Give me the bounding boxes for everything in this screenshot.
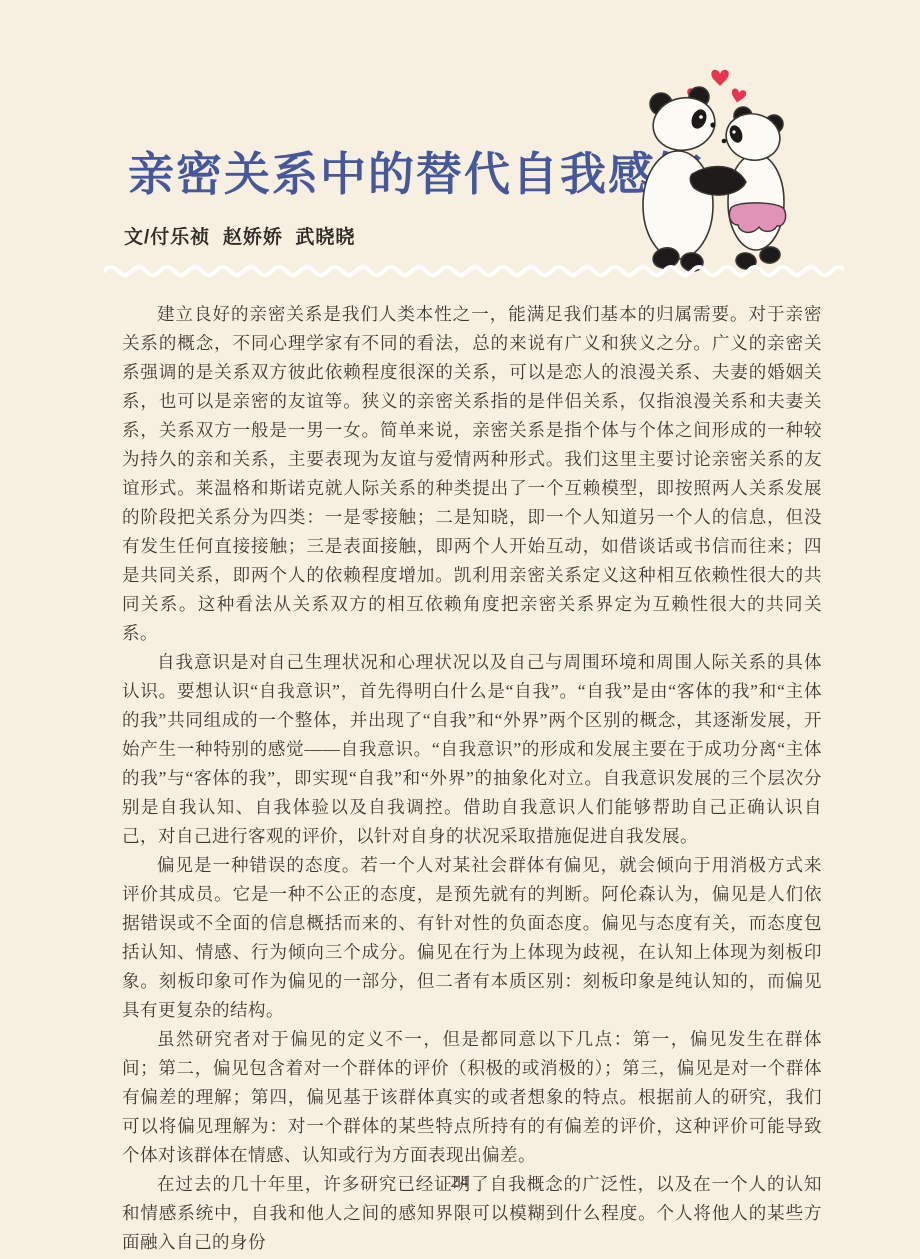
panda-couple-illustration [632,62,802,274]
paragraph-intimacy-definition: 建立良好的亲密关系是我们人类本性之一，能满足我们基本的归属需要。对于亲密关系的概… [122,300,822,648]
article-title: 亲密关系中的替代自我感知 [128,138,704,204]
article-body: 建立良好的亲密关系是我们人类本性之一，能满足我们基本的归属需要。对于亲密关系的概… [122,300,822,1257]
article-byline: 文/付乐祯 赵娇娇 武晓晓 [124,222,355,249]
article-header: 亲密关系中的替代自我感知 文/付乐祯 赵娇娇 武晓晓 [0,0,920,292]
page-number: 24 [0,1172,920,1192]
paragraph-self-awareness: 自我意识是对自己生理状况和心理状况以及自己与周围环境和周围人际关系的具体认识。要… [122,648,822,851]
paragraph-prejudice-definition: 偏见是一种错误的态度。若一个人对某社会群体有偏见，就会倾向于用消极方式来评价其成… [122,851,822,1025]
wavy-divider [104,260,844,282]
paragraph-prejudice-consensus: 虽然研究者对于偏见的定义不一，但是都同意以下几点：第一，偏见发生在群体间；第二，… [122,1025,822,1170]
magazine-page: 亲密关系中的替代自我感知 文/付乐祯 赵娇娇 武晓晓 [0,0,920,1259]
